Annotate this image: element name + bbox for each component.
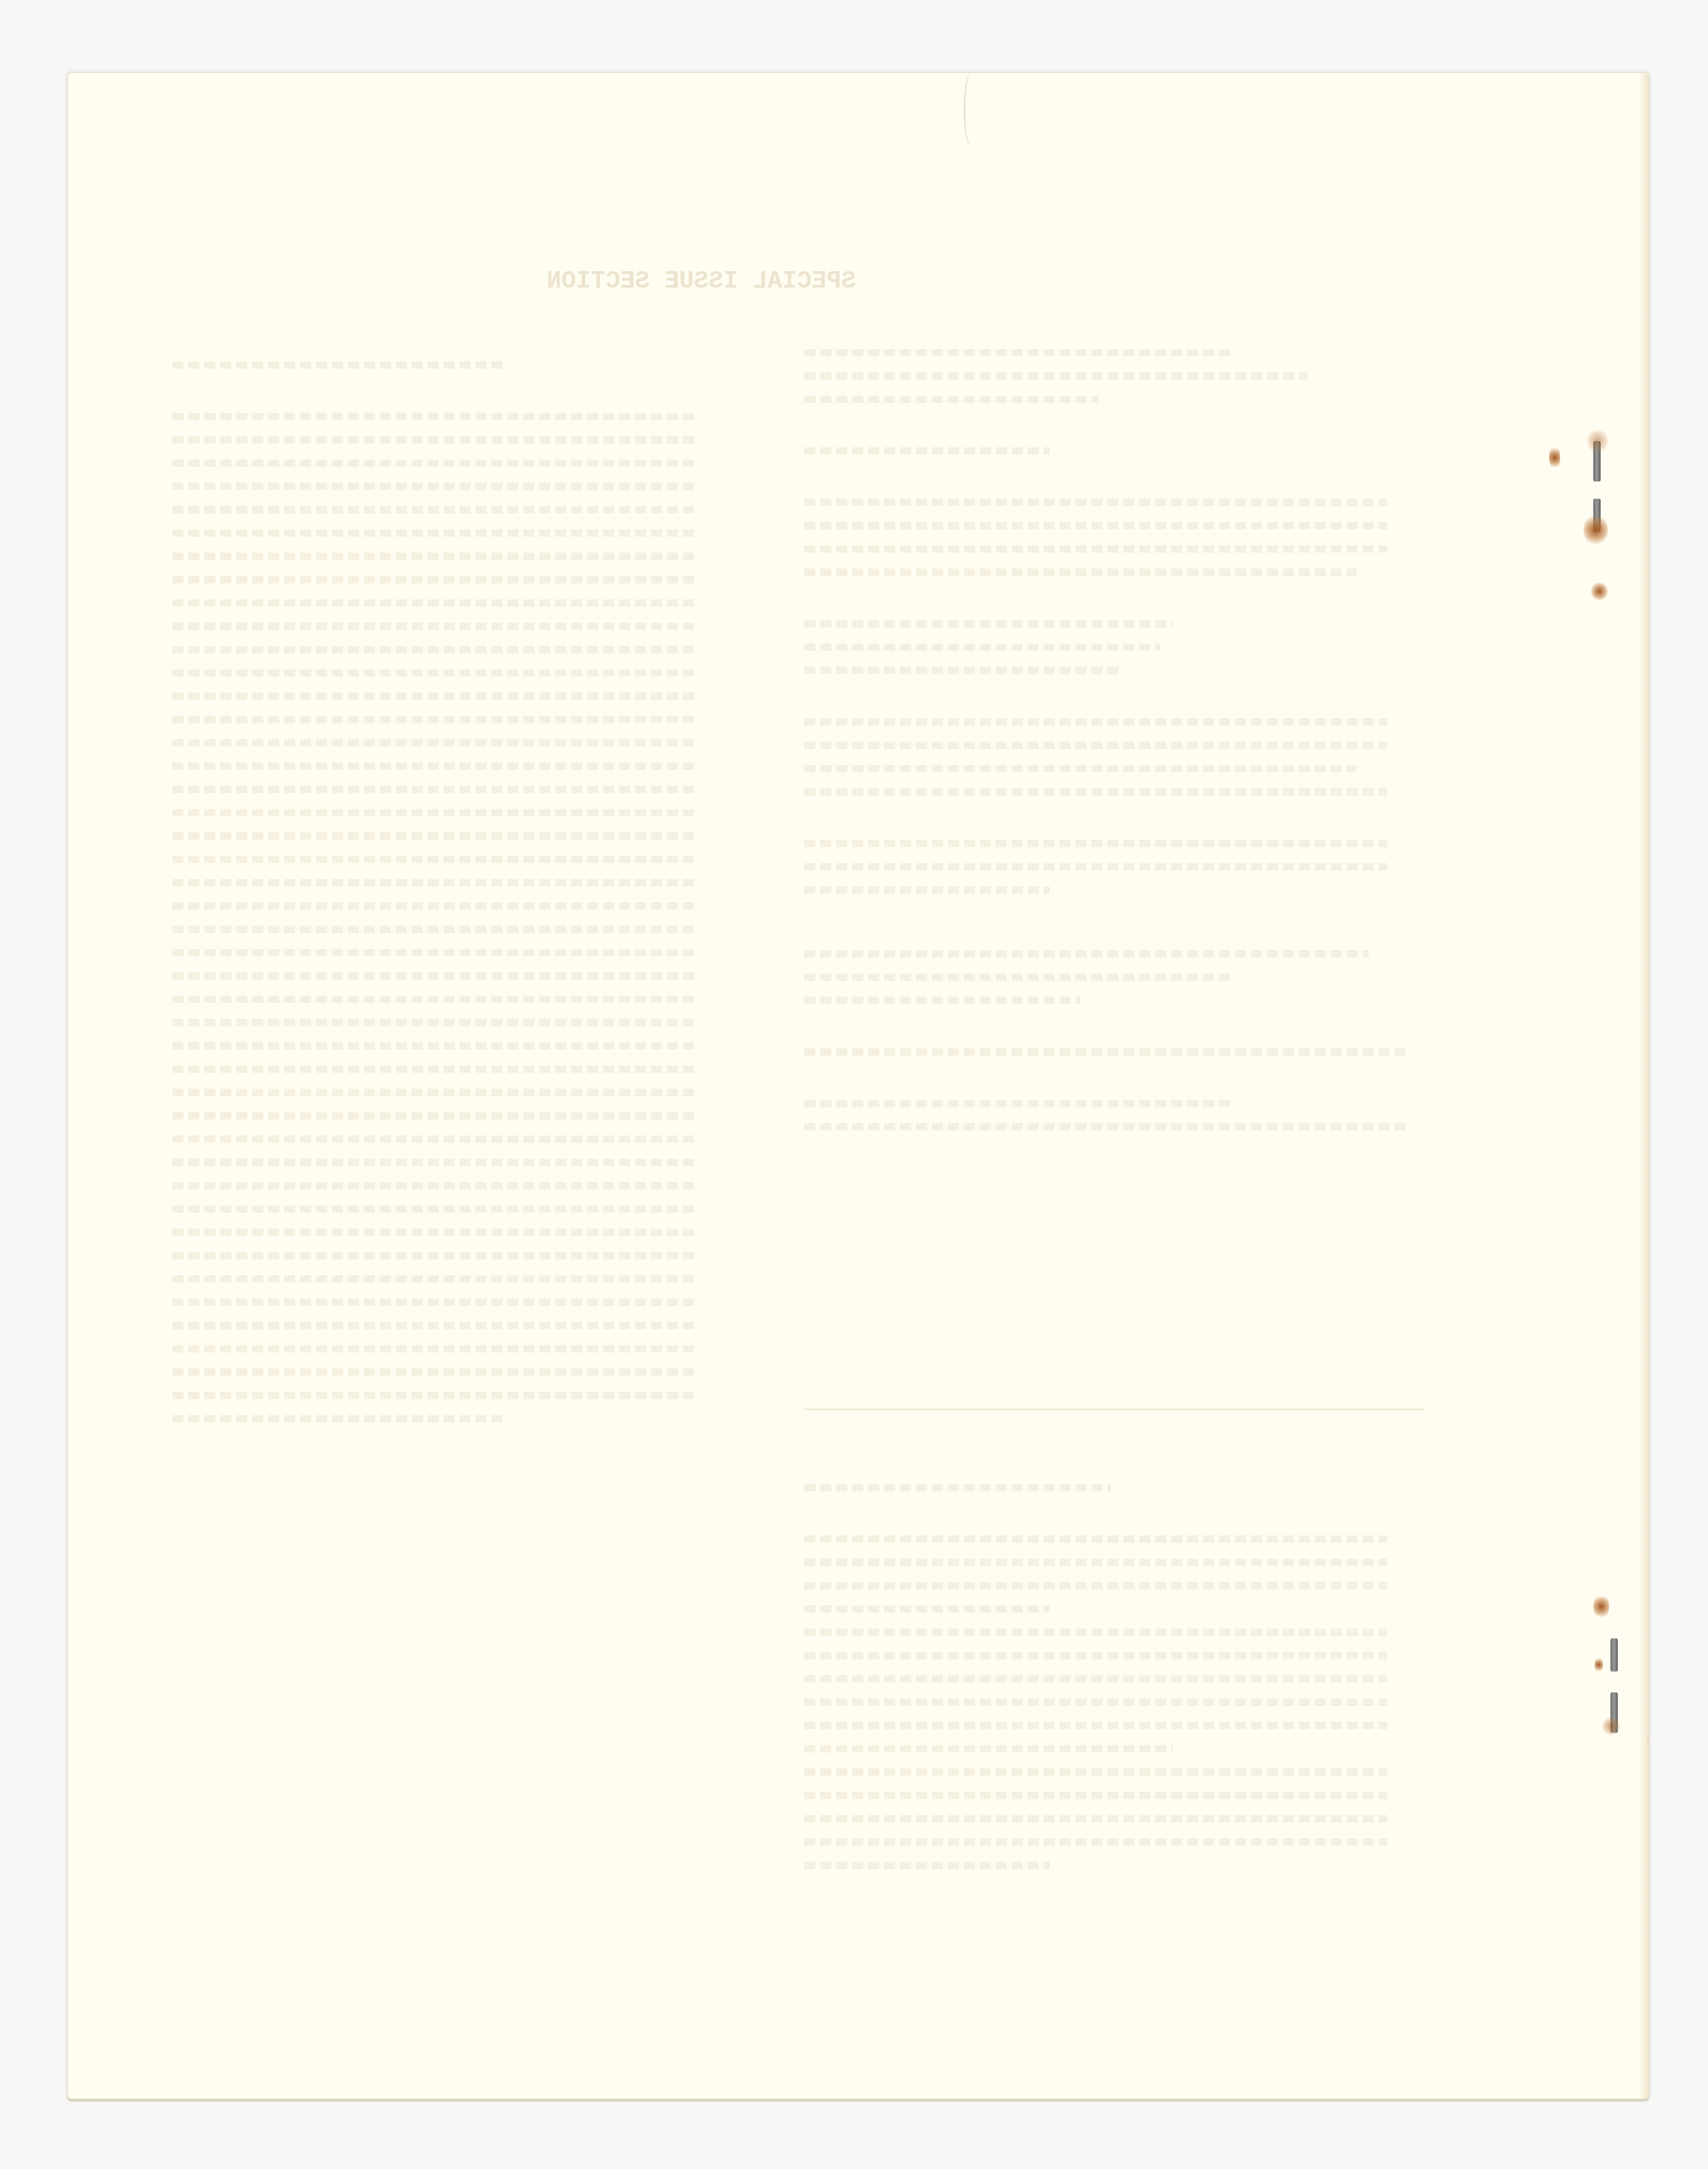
rust-spot (1595, 1657, 1603, 1673)
rust-spot (1587, 429, 1608, 453)
ghost-text-right-column-lower (804, 1484, 1418, 1885)
ghost-text-left-column (172, 361, 725, 1438)
ghost-horizontal-rule (804, 1408, 1424, 1410)
rust-spot (1602, 1717, 1620, 1735)
paper-page: SPECIAL ISSUE SECTION (67, 72, 1649, 2099)
rust-spot (1549, 445, 1560, 470)
hair-fiber-mark (964, 73, 979, 147)
rust-spot (1583, 515, 1608, 545)
rust-spot (1593, 1594, 1609, 1619)
rust-spot (1591, 582, 1608, 601)
rust-spot (1647, 1737, 1649, 1741)
staple-icon (1610, 1638, 1618, 1672)
ghost-heading: SPECIAL ISSUE SECTION (547, 271, 856, 294)
edge-stain (1639, 73, 1648, 2098)
ghost-text-right-column (804, 349, 1418, 1146)
